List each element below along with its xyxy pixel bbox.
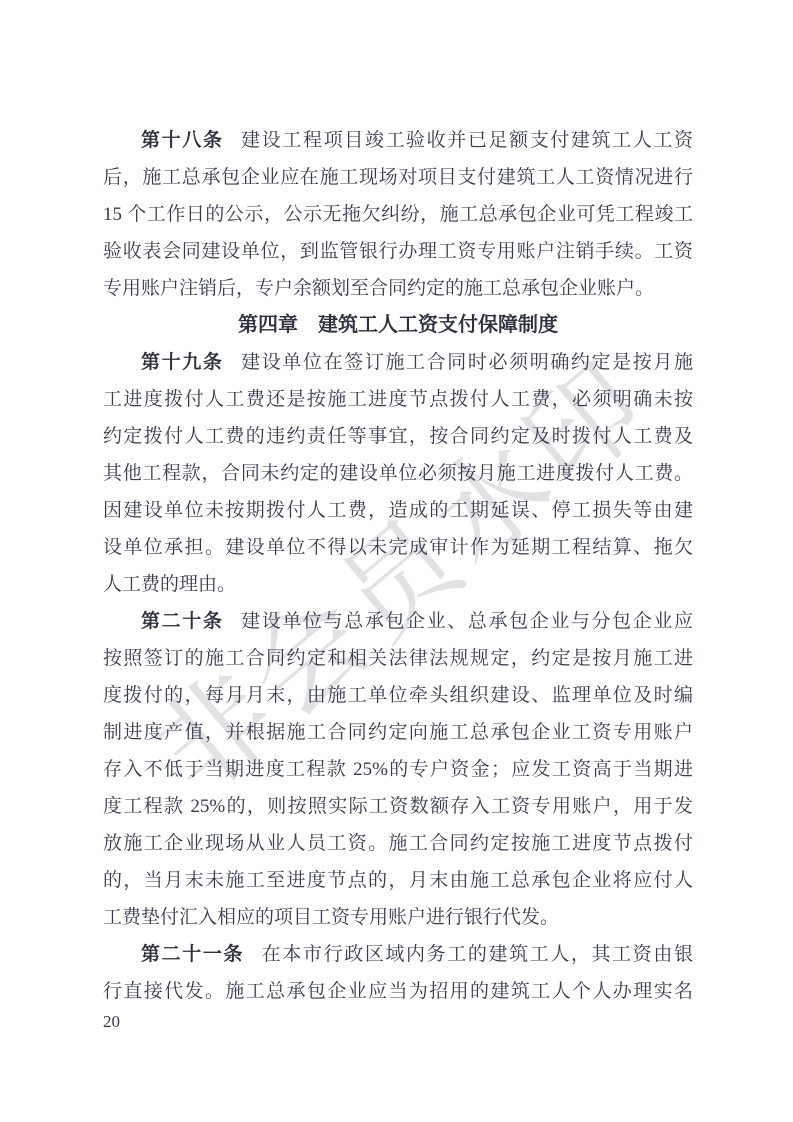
page-number: 20 <box>103 1010 120 1034</box>
text-line: 第十八条建设工程项目竣工验收并已足额支付建筑工人工资 <box>103 122 693 159</box>
article-number: 第十九条 <box>141 352 223 373</box>
line-text: 建设单位在签订施工合同时必须明确约定是按月施 <box>240 352 693 373</box>
text-line: 度工程款 25%的，则按照实际工资数额存入工资专用账户，用于发 <box>103 788 693 825</box>
text-line: 放施工企业现场从业人员工资。施工合同约定按施工进度节点拨付 <box>103 825 693 862</box>
text-line: 度拨付的，每月月末，由施工单位牵头组织建设、监理单位及时编 <box>103 677 693 714</box>
text-line: 第十九条建设单位在签订施工合同时必须明确约定是按月施 <box>103 344 693 381</box>
text-line: 验收表会同建设单位，到监管银行办理工资专用账户注销手续。工资 <box>103 233 693 270</box>
chapter-heading: 第四章 建筑工人工资支付保障制度 <box>103 307 693 344</box>
text-line: 存入不低于当期进度工程款 25%的专户资金；应发工资高于当期进 <box>103 751 693 788</box>
text-line: 按照签订的施工合同约定和相关法律法规规定，约定是按月施工进 <box>103 640 693 677</box>
text-line: 人工费的理由。 <box>103 566 693 603</box>
text-block: 第十八条建设工程项目竣工验收并已足额支付建筑工人工资后，施工总承包企业应在施工现… <box>103 122 693 1010</box>
line-text: 建设单位与总承包企业、总承包企业与分包企业应 <box>240 611 693 632</box>
text-line: 设单位承担。建设单位不得以未完成审计作为延期工程结算、拖欠 <box>103 529 693 566</box>
text-line: 的，当月末未施工至进度节点的，月末由施工总承包企业将应付人 <box>103 862 693 899</box>
text-line: 制进度产值，并根据施工合同约定向施工总承包企业工资专用账户 <box>103 714 693 751</box>
text-line: 专用账户注销后，专户余额划至合同约定的施工总承包企业账户。 <box>103 270 693 307</box>
text-line: 因建设单位未按期拨付人工费，造成的工期延误、停工损失等由建 <box>103 492 693 529</box>
line-text: 在本市行政区域内务工的建筑工人，其工资由银 <box>260 944 693 965</box>
text-line: 工费垫付汇入相应的项目工资专用账户进行银行代发。 <box>103 899 693 936</box>
text-line: 第二十条建设单位与总承包企业、总承包企业与分包企业应 <box>103 603 693 640</box>
article-number: 第二十一条 <box>141 944 244 965</box>
text-line: 约定拨付人工费的违约责任等事宜，按合同约定及时拨付人工费及 <box>103 418 693 455</box>
text-line: 工进度拨付人工费还是按施工进度节点拨付人工费，必须明确未按 <box>103 381 693 418</box>
line-text: 建设工程项目竣工验收并已足额支付建筑工人工资 <box>240 130 693 151</box>
text-line: 行直接代发。施工总承包企业应当为招用的建筑工人个人办理实名 <box>103 973 693 1010</box>
article-number: 第十八条 <box>141 130 223 151</box>
document-page: 非会员水印 第十八条建设工程项目竣工验收并已足额支付建筑工人工资后，施工总承包企… <box>0 0 793 1122</box>
text-line: 其他工程款，合同未约定的建设单位必须按月施工进度拨付人工费。 <box>103 455 693 492</box>
text-line: 第二十一条在本市行政区域内务工的建筑工人，其工资由银 <box>103 936 693 973</box>
article-number: 第二十条 <box>141 611 223 632</box>
text-line: 15 个工作日的公示，公示无拖欠纠纷，施工总承包企业可凭工程竣工 <box>103 196 693 233</box>
text-line: 后，施工总承包企业应在施工现场对项目支付建筑工人工资情况进行 <box>103 159 693 196</box>
